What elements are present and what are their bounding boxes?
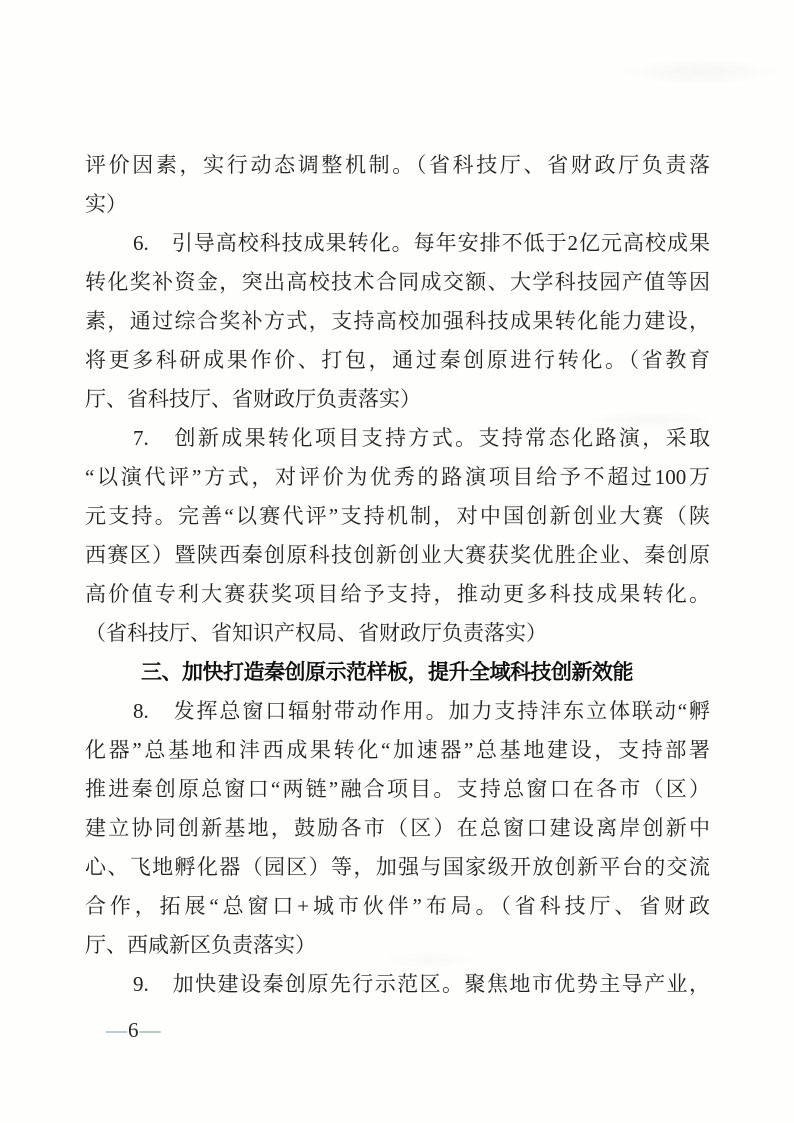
body-line: （省科技厅、省知识产权局、省财政厅负责落实） bbox=[85, 614, 710, 653]
body-line: 元支持。完善“以赛代评”支持机制，对中国创新创业大赛（陕 bbox=[85, 497, 710, 536]
document-page: 评价因素，实行动态调整机制。（省科技厅、省财政厅负责落 实） 6. 引导高校科技… bbox=[0, 0, 794, 1123]
body-line-item-9: 9. 加快建设秦创原先行示范区。聚焦地市优势主导产业， bbox=[85, 965, 710, 1004]
document-body: 评价因素，实行动态调整机制。（省科技厅、省财政厅负责落 实） 6. 引导高校科技… bbox=[85, 146, 710, 1004]
body-line: 西赛区）暨陕西秦创原科技创新创业大赛获奖优胜企业、秦创原 bbox=[85, 536, 710, 575]
body-line: 心、飞地孵化器（园区）等，加强与国家级开放创新平台的交流 bbox=[85, 848, 710, 887]
body-line: 推进秦创原总窗口“两链”融合项目。支持总窗口在各市（区） bbox=[85, 770, 710, 809]
body-line: 建立协同创新基地，鼓励各市（区）在总窗口建设离岸创新中 bbox=[85, 809, 710, 848]
body-line-item-8: 8. 发挥总窗口辐射带动作用。加力支持沣东立体联动“孵 bbox=[85, 692, 710, 731]
page-number: 6 bbox=[127, 1018, 140, 1042]
body-line: 转化奖补资金，突出高校技术合同成交额、大学科技园产值等因 bbox=[85, 263, 710, 302]
body-line: 合作，拓展“总窗口+城市伙伴”布局。（省科技厅、省财政 bbox=[85, 887, 710, 926]
body-line: 厅、西咸新区负责落实） bbox=[85, 926, 710, 965]
body-line: “以演代评”方式，对评价为优秀的路演项目给予不超过100万 bbox=[85, 458, 710, 497]
body-line: 厅、省科技厅、省财政厅负责落实） bbox=[85, 380, 710, 419]
body-line-item-6: 6. 引导高校科技成果转化。每年安排不低于2亿元高校成果 bbox=[85, 224, 710, 263]
body-line: 化器”总基地和沣西成果转化“加速器”总基地建设，支持部署 bbox=[85, 731, 710, 770]
body-line-item-7: 7. 创新成果转化项目支持方式。支持常态化路演，采取 bbox=[85, 419, 710, 458]
footer-dash-left: — bbox=[106, 1018, 127, 1042]
page-footer: —6— bbox=[106, 1016, 161, 1044]
footer-dash-right: — bbox=[140, 1018, 161, 1042]
section-heading: 三、加快打造秦创原示范样板，提升全域科技创新效能 bbox=[85, 653, 710, 692]
body-line: 实） bbox=[85, 185, 710, 224]
body-line: 将更多科研成果作价、打包，通过秦创原进行转化。（省教育 bbox=[85, 341, 710, 380]
body-line: 评价因素，实行动态调整机制。（省科技厅、省财政厅负责落 bbox=[85, 146, 710, 185]
body-line: 高价值专利大赛获奖项目给予支持，推动更多科技成果转化。 bbox=[85, 575, 710, 614]
body-line: 素，通过综合奖补方式，支持高校加强科技成果转化能力建设， bbox=[85, 302, 710, 341]
